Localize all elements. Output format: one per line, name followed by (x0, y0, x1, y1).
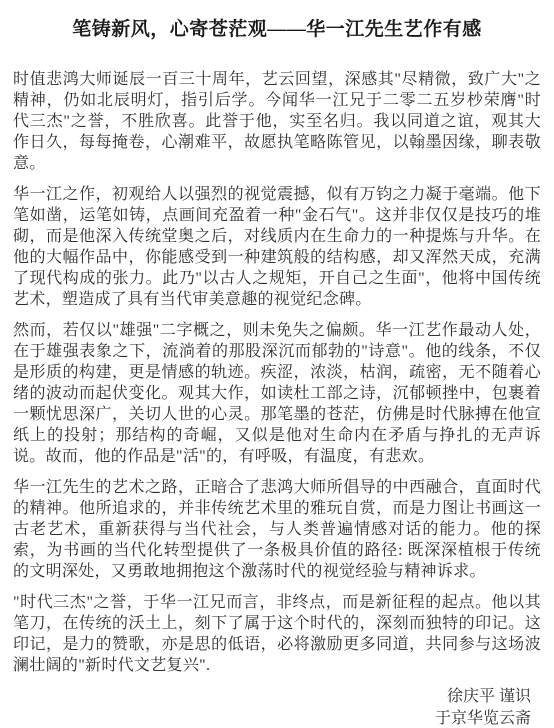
signature-block: 徐庆平 谨识 于京华览云斋 (13, 686, 541, 728)
article-page: 笔铸新风，心寄苍茫观——华一江先生艺作有感 时值悲鸿大师诞辰一百三十周年，艺云回… (0, 0, 554, 728)
article-body: 时值悲鸿大师诞辰一百三十周年，艺云回望，深感其"尽精微，致广大"之精神，仍如北辰… (13, 69, 541, 676)
signature-studio: 于京华览云斋 (13, 708, 531, 728)
page-title: 笔铸新风，心寄苍茫观——华一江先生艺作有感 (13, 18, 541, 42)
paragraph-4: 华一江先生的艺术之路，正暗合了悲鸿大师所倡导的中西融合，直面时代的精神。他所追求… (13, 477, 541, 582)
paragraph-3: 然而，若仅以"雄强"二字概之，则未免失之偏颇。华一江艺作最动人处，在于雄强表象之… (13, 320, 541, 467)
signature-author: 徐庆平 谨识 (13, 686, 531, 708)
paragraph-2: 华一江之作，初观给人以强烈的视觉震撼，似有万钧之力凝于毫端。他下笔如凿，运笔如铸… (13, 184, 541, 310)
paragraph-5: "时代三杰"之誉，于华一江兄而言，非终点，而是新征程的起点。他以其笔刀，在传统的… (13, 592, 541, 676)
paragraph-1: 时值悲鸿大师诞辰一百三十周年，艺云回望，深感其"尽精微，致广大"之精神，仍如北辰… (13, 69, 541, 174)
